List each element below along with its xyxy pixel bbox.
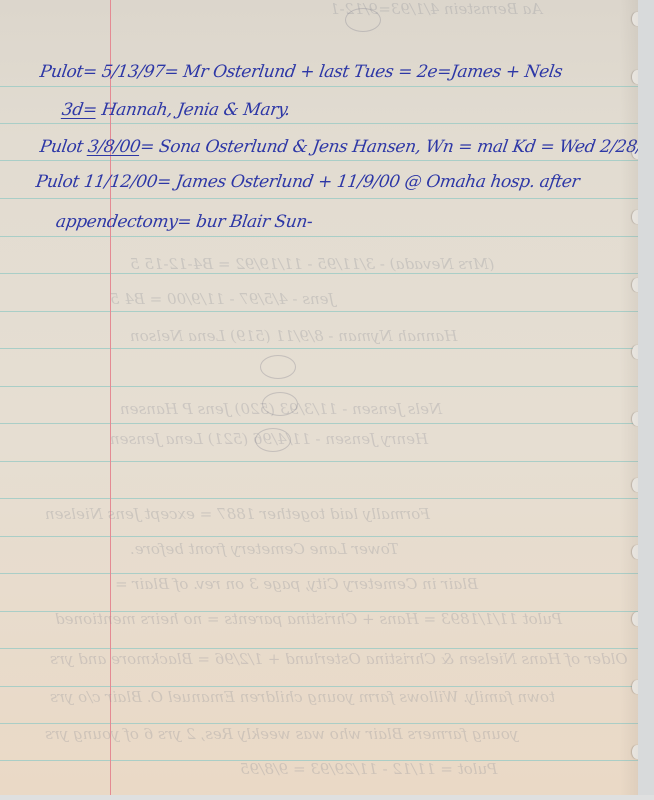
bleed-through-text: Formally laid together 1887 = except Jen… [45, 505, 430, 523]
rule-line [0, 573, 638, 574]
entry-prefix: Pulot [39, 137, 85, 157]
bleed-through-text: young farmers Blair who was weekly Res, … [45, 725, 518, 743]
rule-line [0, 311, 638, 312]
rule-line [0, 461, 638, 462]
bleed-through-circle [255, 428, 291, 452]
entry-text: 11/12/00= James Osterlund + 11/9/00 @ Om… [83, 172, 581, 192]
journal-entry-4: Pulot 11/12/00= James Osterlund + 11/9/0… [35, 172, 581, 192]
scan-background-edge [638, 0, 654, 800]
journal-entry-2: 3d= Hannah, Jenia & Mary. [61, 100, 292, 120]
entry-text: 5/13/97= Mr Osterlund + last Tues = 2e=J… [100, 62, 563, 82]
journal-entry-1: Pulot= 5/13/97= Mr Osterlund + last Tues… [39, 62, 564, 82]
entry-text: Hannah, Jenia & Mary. [100, 100, 291, 120]
rule-line [0, 536, 638, 537]
rule-line [0, 686, 638, 687]
rule-line [0, 723, 638, 724]
rule-line [0, 236, 638, 237]
bleed-through-text: Pulot = 11/12 - 11/29/93 = 9/8/95 [240, 760, 497, 778]
rule-line [0, 123, 638, 124]
rule-line [0, 386, 638, 387]
bleed-through-circle [260, 355, 296, 379]
rule-line [0, 498, 638, 499]
bleed-through-text: town family. Willows farm young children… [50, 688, 555, 706]
entry-prefix: Pulot= [39, 62, 99, 82]
rule-line [0, 273, 638, 274]
rule-line [0, 348, 638, 349]
entry-prefix: 3d= [61, 100, 99, 120]
bleed-through-text: Hannah Nyman - 8/9/11 (519) Lena Nelson [130, 327, 457, 345]
bleed-through-circle [262, 392, 298, 416]
entry-text: = Sona Osterlund & Jens Hansen, Wn = mal… [139, 137, 638, 157]
bleed-through-circle [345, 8, 381, 32]
entry-prefix: Pulot [35, 172, 81, 192]
bleed-through-text: Older of Hans Nielsen & Christina Osterl… [50, 650, 628, 668]
bleed-through-text: Blair in Cemetery City, page 3 on rev. o… [115, 575, 478, 593]
entry-text: appendectomy= bur Blair Sun- [55, 212, 314, 232]
rule-line [0, 160, 638, 161]
journal-entry-3: Pulot 3/8/00= Sona Osterlund & Jens Hans… [39, 137, 638, 157]
rule-line [0, 423, 638, 424]
bleed-through-text: (Mrs Nevada) - 3/11/95 - 11/19/92 = B4-1… [130, 255, 494, 273]
notebook-page: Aa Bernstein 4/1/93=9/12-1 (Mrs Nevada) … [0, 0, 638, 795]
scan-background-bottom [0, 795, 654, 800]
rule-line [0, 648, 638, 649]
entry-date: 3/8/00 [87, 137, 142, 157]
rule-line [0, 86, 638, 87]
bleed-through-text: Jens - 4/5/97 - 11/9/00 = B4 5 [110, 290, 335, 308]
rule-line [0, 198, 638, 199]
journal-entry-5: appendectomy= bur Blair Sun- [55, 212, 314, 232]
bleed-through-text: Pulot 11/1/1893 = Hans + Christina paren… [55, 610, 562, 628]
bleed-through-text: Tower Lane Cemetery front before. [130, 540, 399, 558]
